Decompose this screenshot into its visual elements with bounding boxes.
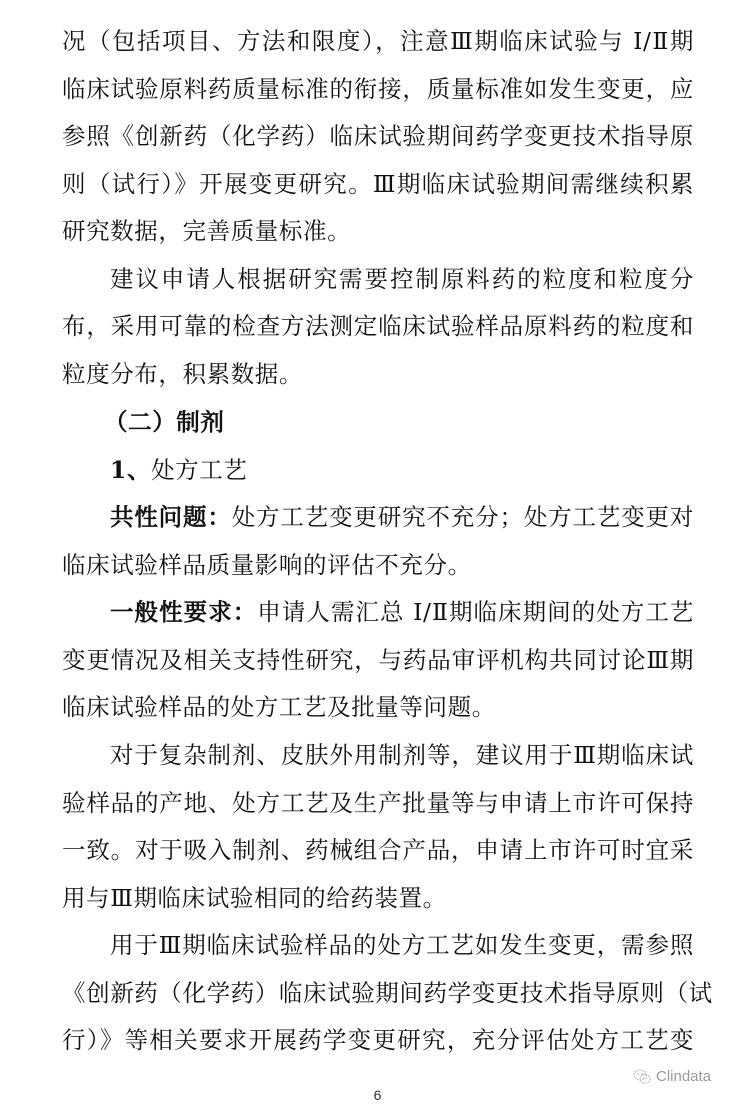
- watermark: Clindata: [633, 1068, 711, 1085]
- text-line: 用与Ⅲ期临床试验相同的给药装置。: [62, 883, 694, 913]
- text-line: 况（包括项目、方法和限度），注意Ⅲ期临床试验与 I/Ⅱ期: [62, 26, 694, 56]
- text-line: 参照《创新药（化学药）临床试验期间药学变更技术指导原: [62, 121, 694, 151]
- text-line: 研究数据，完善质量标准。: [62, 216, 694, 246]
- text-line: 《创新药（化学药）临床试验期间药学变更技术指导原则（试: [62, 978, 694, 1008]
- general-req-line: 一般性要求：申请人需汇总 I/Ⅱ期临床期间的处方工艺: [110, 597, 694, 627]
- text-line: 变更情况及相关支持性研究，与药品审评机构共同讨论Ⅲ期: [62, 645, 694, 675]
- page-number: 6: [0, 1087, 755, 1103]
- wechat-icon: [633, 1069, 651, 1085]
- text-line: 建议申请人根据研究需要控制原料药的粒度和粒度分: [110, 264, 694, 294]
- subsection-heading: 1、处方工艺: [110, 455, 694, 485]
- subsection-title: 处方工艺: [151, 456, 247, 484]
- subsection-number: 1、: [110, 456, 151, 484]
- text-line: 临床试验样品的处方工艺及批量等问题。: [62, 692, 694, 722]
- common-issue-line: 共性问题：处方工艺变更研究不充分；处方工艺变更对: [110, 502, 694, 532]
- text-line: 粒度分布，积累数据。: [62, 359, 694, 389]
- general-req-text: 申请人需汇总 I/Ⅱ期临床期间的处方工艺: [257, 598, 694, 626]
- text-line: 则（试行）》开展变更研究。Ⅲ期临床试验期间需继续积累: [62, 169, 694, 199]
- text-line: 临床试验样品质量影响的评估不充分。: [62, 550, 694, 580]
- general-req-label: 一般性要求：: [110, 598, 257, 626]
- text-line: 用于Ⅲ期临床试验样品的处方工艺如发生变更，需参照: [110, 930, 694, 960]
- text-line: 验样品的产地、处方工艺及生产批量等与申请上市许可保持: [62, 788, 694, 818]
- text-line: 布，采用可靠的检查方法测定临床试验样品原料药的粒度和: [62, 311, 694, 341]
- text-line: 对于复杂制剂、皮肤外用制剂等，建议用于Ⅲ期临床试: [110, 740, 694, 770]
- text-line: 行）》等相关要求开展药学变更研究，充分评估处方工艺变: [62, 1025, 694, 1055]
- section-heading: （二）制剂: [104, 407, 694, 437]
- common-issue-label: 共性问题：: [110, 503, 232, 531]
- text-line: 一致。对于吸入制剂、药械组合产品，申请上市许可时宜采: [62, 835, 694, 865]
- common-issue-text: 处方工艺变更研究不充分；处方工艺变更对: [232, 503, 694, 531]
- text-line: 临床试验原料药质量标准的衔接，质量标准如发生变更，应: [62, 74, 694, 104]
- watermark-text: Clindata: [656, 1068, 711, 1085]
